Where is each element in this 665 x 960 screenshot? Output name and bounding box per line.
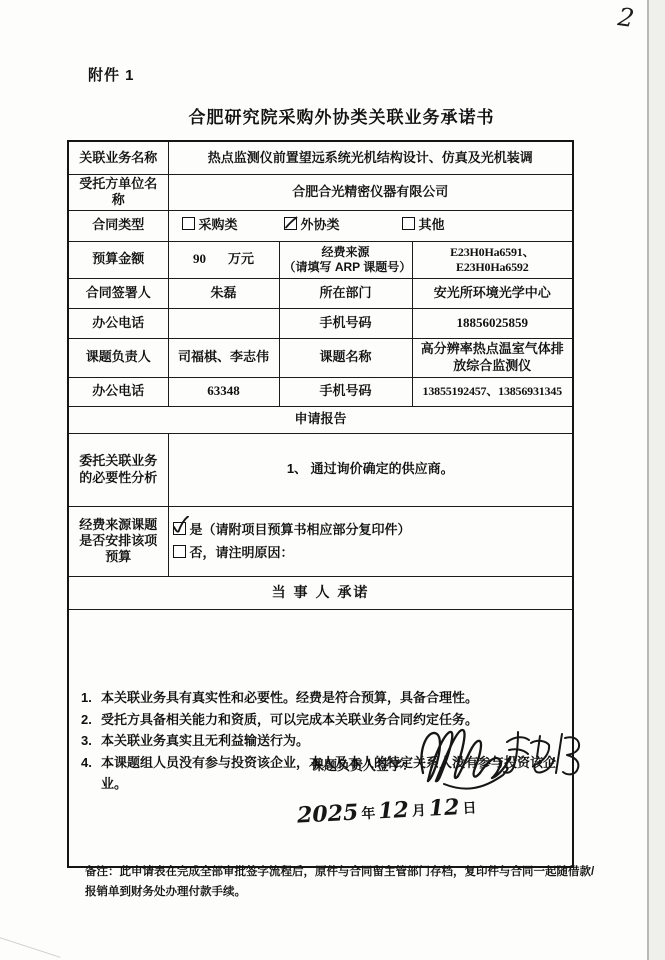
document-title: 合肥研究院采购外协类关联业务承诺书 [0,103,665,128]
attachment-label: 附件 1 [88,64,135,85]
option-outsourcing: 外协类 [284,217,340,233]
row-office-phone-2: 办公电话 63348 手机号码 13855192457、13856931345 [68,377,573,406]
row-office-phone-1: 办公电话 手机号码 18856025859 [68,308,573,338]
handwritten-signature-name [501,726,581,784]
trustee-value: 合肥合光精密仪器有限公司 [168,175,573,211]
mobile-value-2: 13855192457、13856931345 [412,377,573,406]
promise-content: 1.本关联业务具有真实性和必要性。经费是符合预算，具备合理性。 2.受托方具备相… [68,609,573,867]
handwritten-page-number: 2 [616,2,650,35]
date-day: 12 [428,796,460,820]
checkbox-other-icon [402,217,415,230]
office-phone-value-1 [168,308,279,338]
office-phone-label-1: 办公电话 [68,308,168,338]
scan-background [649,0,665,960]
trustee-label: 受托方单位名称 [68,175,168,211]
checkbox-outsourcing-icon [284,217,297,230]
row-promise-content: 1.本关联业务具有真实性和必要性。经费是符合预算，具备合理性。 2.受托方具备相… [68,609,573,867]
footer-remark: 备注：此申请表在完成全部审批签字流程后，原件与合同留主管部门存档，复印件与合同一… [85,862,601,902]
budget-value: 90万元 [168,241,279,278]
row-budget: 预算金额 90万元 经费来源 （请填写 ARP 课题号） E23H0Ha6591… [68,241,573,278]
row-budget-arranged: 经费来源课题是否安排该项预算 是（请附项目预算书相应部分复印件） 否，请注明原因… [68,506,573,576]
budget-arranged-no: 否，请注明原因： [173,541,569,564]
checkbox-purchase-icon [182,217,195,230]
signature-label: 课题负责人签字： [311,758,415,774]
promise-item: 1.本关联业务具有真实性和必要性。经费是符合预算，具备合理性。 [81,687,562,709]
option-purchase: 采购类 [182,217,238,233]
scan-corner-artifact [0,935,60,958]
office-phone-label-2: 办公电话 [68,377,168,406]
fund-source-label: 经费来源 （请填写 ARP 课题号） [279,241,412,278]
signer-label: 合同签署人 [68,278,168,308]
commitment-form-table: 关联业务名称 热点监测仪前置望远系统光机结构设计、仿真及光机装调 受托方单位名称… [67,140,574,868]
row-business-name: 关联业务名称 热点监测仪前置望远系统光机结构设计、仿真及光机装调 [68,141,573,175]
budget-label: 预算金额 [68,241,168,278]
row-pi: 课题负责人 司福棋、李志伟 课题名称 高分辨率热点温室气体排放综合监测仪 [68,338,573,377]
office-phone-value-2: 63348 [168,377,279,406]
checkbox-yes-icon [173,522,186,535]
fund-source-value: E23H0Ha6591、E23H0Ha6592 [412,241,573,278]
signer-value: 朱磊 [168,278,279,308]
handwritten-date: 2025 年 12 月 12 日 [297,795,477,826]
budget-arranged-value: 是（请附项目预算书相应部分复印件） 否，请注明原因： [168,506,573,576]
project-label: 课题名称 [279,338,412,377]
row-trustee: 受托方单位名称 合肥合光精密仪器有限公司 [68,175,573,211]
row-promise-header: 当 事 人 承诺 [68,576,573,609]
business-name-value: 热点监测仪前置望远系统光机结构设计、仿真及光机装调 [168,141,573,175]
budget-arranged-label: 经费来源课题是否安排该项预算 [68,506,168,576]
row-signer: 合同签署人 朱磊 所在部门 安光所环境光学中心 [68,278,573,308]
project-value: 高分辨率热点温室气体排放综合监测仪 [412,338,573,377]
application-report-header: 申请报告 [68,406,573,433]
necessity-value: 1、 通过询价确定的供应商。 [168,433,573,506]
handwritten-signature-scribble [413,718,513,790]
row-contract-type: 合同类型 采购类 外协类 其他 [68,210,573,241]
option-other: 其他 [402,217,445,233]
mobile-label-1: 手机号码 [279,308,412,338]
checkbox-no-icon [173,545,186,558]
row-application-report-header: 申请报告 [68,406,573,433]
pi-value: 司福棋、李志伟 [168,338,279,377]
department-label: 所在部门 [279,278,412,308]
necessity-label: 委托关联业务的必要性分析 [68,433,168,506]
mobile-label-2: 手机号码 [279,377,412,406]
contract-type-label: 合同类型 [68,210,168,241]
mobile-value-1: 18856025859 [412,308,573,338]
date-year: 2025 [297,801,359,826]
business-name-label: 关联业务名称 [68,141,168,175]
pi-label: 课题负责人 [68,338,168,377]
row-necessity: 委托关联业务的必要性分析 1、 通过询价确定的供应商。 [68,433,573,506]
budget-arranged-yes: 是（请附项目预算书相应部分复印件） [173,518,569,541]
department-value: 安光所环境光学中心 [412,278,573,308]
date-month: 12 [378,798,410,822]
promise-header: 当 事 人 承诺 [68,576,573,609]
contract-type-options: 采购类 外协类 其他 [168,210,573,241]
